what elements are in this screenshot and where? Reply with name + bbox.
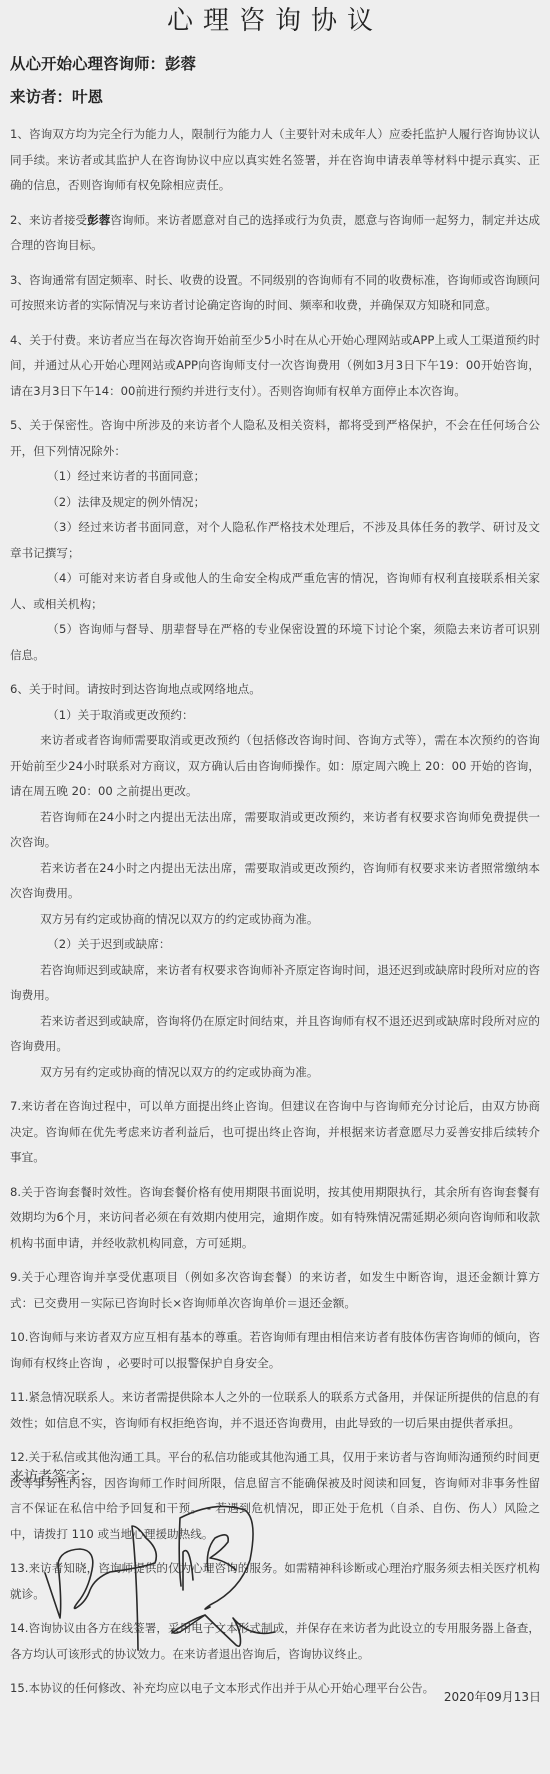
clause-text: 2、来访者接受彭蓉咨询师。来访者愿意对自己的选择或行为负责，愿意与咨询师一起努力… (10, 208, 540, 259)
clause-text: 3、咨询通常有固定频率、时长、收费的设置。不同级别的咨询师有不同的收费标准，咨询… (10, 268, 540, 319)
clause-1: 1、咨询双方均为完全行为能力人，限制行为能力人（主要针对未成年人）应委托监护人履… (10, 122, 540, 199)
clause-text: 1、咨询双方均为完全行为能力人，限制行为能力人（主要针对未成年人）应委托监护人履… (10, 122, 540, 199)
counselor-name: 彭蓉 (87, 213, 110, 227)
confidentiality-exception: （1）经过来访者的书面同意； (10, 464, 540, 490)
confidentiality-exception: （2）法律及规定的例外情况； (10, 490, 540, 516)
signature-date: 2020年09月13日 (444, 1688, 541, 1705)
subsection-paragraph: 若咨询师在24小时之内提出无法出席，需要取消或更改预约，来访者有权要求咨询师免费… (10, 805, 540, 856)
clause-9: 9.关于心理咨询并享受优惠项目（例如多次咨询套餐）的来访者，如发生中断咨询，退还… (10, 1265, 540, 1316)
subsection-paragraph: 若咨询师迟到或缺席，来访者有权要求咨询师补齐原定咨询时间，退还迟到或缺席时段所对… (10, 958, 540, 1009)
subsection-title: （2）关于迟到或缺席： (10, 932, 540, 958)
subsection-paragraph: 若来访者在24小时之内提出无法出席，需要取消或更改预约，咨询师有权要求来访者照常… (10, 856, 540, 907)
clause-2-prefix: 2、来访者接受 (10, 213, 87, 227)
confidentiality-exception: （4）可能对来访者自身或他人的生命安全构成严重危害的情况，咨询师有权利直接联系相… (10, 566, 540, 617)
clause-text: 6、关于时间。请按时到达咨询地点或网络地点。 (10, 677, 540, 703)
document-title: 心理咨询协议 (10, 0, 540, 42)
subsection-paragraph: 双方另有约定或协商的情况以双方的约定或协商为准。 (10, 1060, 540, 1086)
clause-7: 7.来访者在咨询过程中，可以单方面提出终止咨询。但建议在咨询中与咨询师充分讨论后… (10, 1094, 540, 1171)
clause-text: 9.关于心理咨询并享受优惠项目（例如多次咨询套餐）的来访者，如发生中断咨询，退还… (10, 1265, 540, 1316)
clause-4: 4、关于付费。来访者应当在每次咨询开始前至少5小时在从心开始心理网站或APP上或… (10, 328, 540, 405)
clause-10: 10.咨询师与来访者双方应互相有基本的尊重。若咨询师有理由相信来访者有肢体伤害咨… (10, 1325, 540, 1376)
subsection-title: （1）关于取消或更改预约： (10, 703, 540, 729)
clause-text: 11.紧急情况联系人。来访者需提供除本人之外的一位联系人的联系方式备用，并保证所… (10, 1385, 540, 1436)
clause-6: 6、关于时间。请按时到达咨询地点或网络地点。 （1）关于取消或更改预约： 来访者… (10, 677, 540, 1085)
confidentiality-exception: （3）经过来访者书面同意，对个人隐私作严格技术处理后，不涉及具体任务的教学、研讨… (10, 515, 540, 566)
clause-text: 5、关于保密性。咨询中所涉及的来访者个人隐私及相关资料，都将受到严格保护，不会在… (10, 413, 540, 464)
clause-2: 2、来访者接受彭蓉咨询师。来访者愿意对自己的选择或行为负责，愿意与咨询师一起努力… (10, 208, 540, 259)
clause-8: 8.关于咨询套餐时效性。咨询套餐价格有使用期限书面说明，按其使用期限执行，其余所… (10, 1180, 540, 1257)
clause-11: 11.紧急情况联系人。来访者需提供除本人之外的一位联系人的联系方式备用，并保证所… (10, 1385, 540, 1436)
clause-text: 8.关于咨询套餐时效性。咨询套餐价格有使用期限书面说明，按其使用期限执行，其余所… (10, 1180, 540, 1257)
signature-area: 来访者签字： (0, 1440, 550, 1774)
subsection-paragraph: 双方另有约定或协商的情况以双方的约定或协商为准。 (10, 907, 540, 933)
clause-text: 4、关于付费。来访者应当在每次咨询开始前至少5小时在从心开始心理网站或APP上或… (10, 328, 540, 405)
clause-3: 3、咨询通常有固定频率、时长、收费的设置。不同级别的咨询师有不同的收费标准，咨询… (10, 268, 540, 319)
confidentiality-exception: （5）咨询师与督导、朋辈督导在严格的专业保密设置的环境下讨论个案，须隐去来访者可… (10, 617, 540, 668)
clause-text: 10.咨询师与来访者双方应互相有基本的尊重。若咨询师有理由相信来访者有肢体伤害咨… (10, 1325, 540, 1376)
clause-5: 5、关于保密性。咨询中所涉及的来访者个人隐私及相关资料，都将受到严格保护，不会在… (10, 413, 540, 668)
counselor-line: 从心开始心理咨询师：彭蓉 (10, 54, 540, 74)
handwritten-signature (0, 1440, 550, 1774)
clause-text: 7.来访者在咨询过程中，可以单方面提出终止咨询。但建议在咨询中与咨询师充分讨论后… (10, 1094, 540, 1171)
subsection-paragraph: 若来访者迟到或缺席，咨询将仍在原定时间结束，并且咨询师有权不退还迟到或缺席时段所… (10, 1009, 540, 1060)
visitor-line: 来访者：叶恩 (10, 87, 540, 107)
subsection-paragraph: 来访者或者咨询师需要取消或更改预约（包括修改咨询时间、咨询方式等），需在本次预约… (10, 728, 540, 805)
